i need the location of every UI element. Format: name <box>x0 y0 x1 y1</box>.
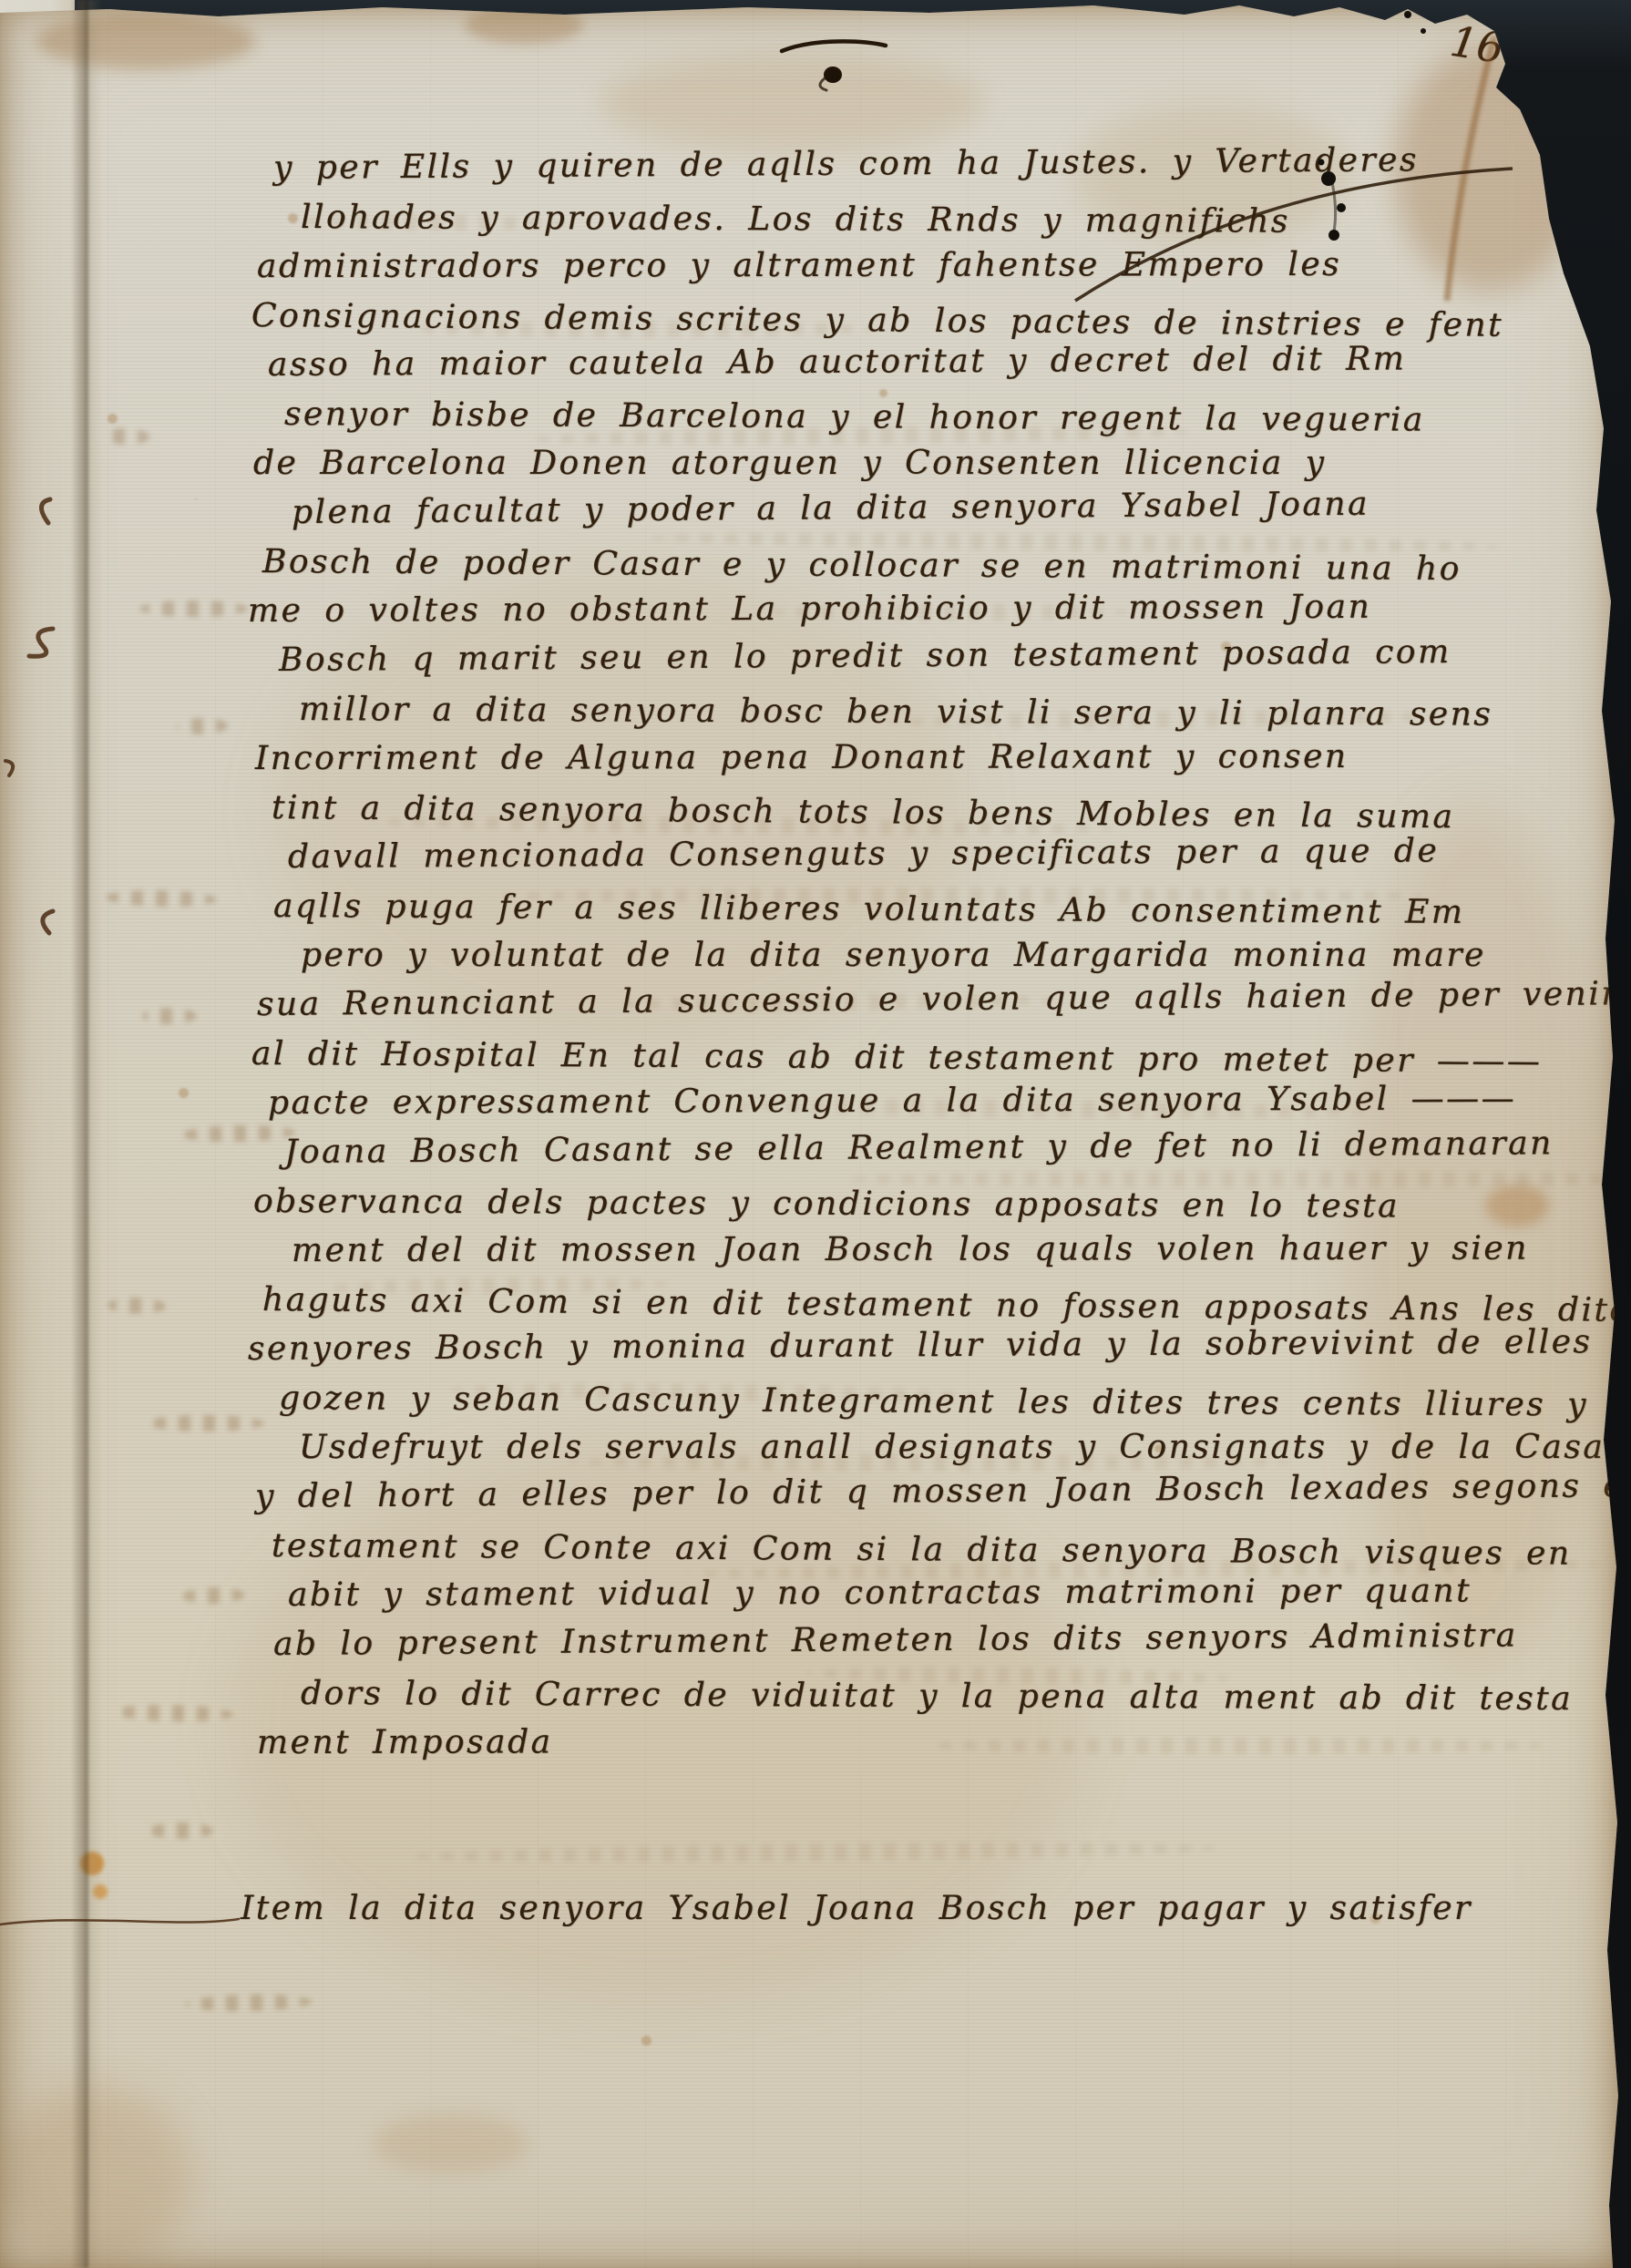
text-line: Incorriment de Alguna pena Donant Relaxa… <box>255 733 1551 784</box>
bleed-smudge <box>108 1297 166 1314</box>
text-line: davall mencionada Consenguts y specifica… <box>288 826 1551 882</box>
manuscript-page: 16 y per Ells y quiren de aqlls com ha J… <box>0 0 1631 2268</box>
bleed-smudge <box>185 1994 312 2013</box>
stain <box>36 13 255 69</box>
stain <box>0 2087 191 2268</box>
bleed-smudge <box>145 1415 264 1432</box>
bleed-smudge <box>182 1586 244 1604</box>
stain-orange-spot <box>80 1852 104 1875</box>
bleed-smudge <box>102 427 149 445</box>
bleed-smudge <box>110 1704 233 1723</box>
text-line: y per Ells y quiren de aqlls com ha Just… <box>273 135 1551 193</box>
quire-mark-icon <box>776 36 895 95</box>
text-line-item: Item la dita senyora Ysabel Joana Bosch … <box>241 1884 1551 1934</box>
paper-sheet: 16 y per Ells y quiren de aqlls com ha J… <box>0 0 1631 2268</box>
text-line: Joana Bosch Casant se ella Realment y de… <box>284 1119 1551 1177</box>
text-line: asso ha maior cautela Ab auctoritat y de… <box>268 334 1551 390</box>
text-line: ment del dit mossen Joan Bosch los quals… <box>292 1225 1551 1276</box>
text-line: Bosch q marit seu en lo predit son testa… <box>279 627 1551 685</box>
stain <box>465 5 583 44</box>
bleed-smudge <box>177 717 228 734</box>
text-line: senyores Bosch y monina durant llur vida… <box>248 1319 1551 1374</box>
text-line: ab lo present Instrument Remeten los dit… <box>273 1611 1551 1669</box>
text-line: senyor bisbe de Barcelona y el honor reg… <box>284 390 1551 446</box>
stain <box>374 2114 528 2172</box>
text-line: ment Imposada <box>257 1717 1551 1768</box>
bleed-smudge <box>105 889 217 908</box>
text-line: aqlls puga fer a ses lliberes voluntats … <box>273 882 1551 938</box>
folio-number: 16 <box>1447 16 1507 73</box>
text-line: administradors perco y altrament fahents… <box>257 241 1551 292</box>
text-line: gozen y seban Cascuny Integrament les di… <box>279 1374 1551 1430</box>
text-line: sua Renunciant a la successio e volen qu… <box>257 970 1551 1030</box>
manuscript-text-block: y per Ells y quiren de aqlls com ha Just… <box>248 144 1551 1934</box>
bleed-smudge <box>139 600 248 617</box>
bleed-smudge <box>148 1822 213 1839</box>
text-line: plena facultat y poder a la dita senyora… <box>292 478 1551 538</box>
bleed-smudge <box>142 1008 197 1024</box>
text-line: y del hort a elles per lo dit q mossen J… <box>255 1462 1551 1522</box>
stain-orange-spot <box>93 1884 108 1899</box>
